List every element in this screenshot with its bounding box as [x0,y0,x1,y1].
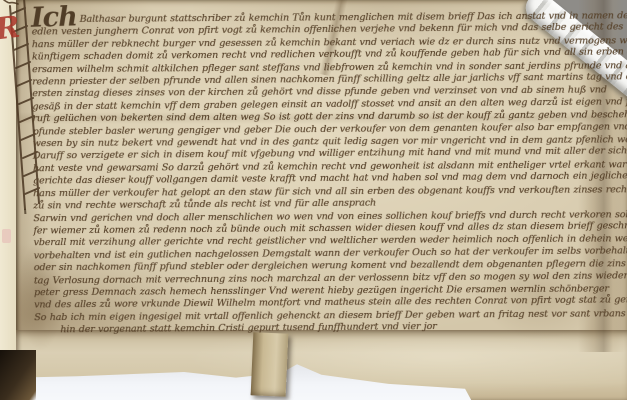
pink-scrap [2,229,11,243]
parchment-left-edge-line [25,209,26,214]
bottom-left-shadow [0,350,36,400]
parchment-seal-tag [251,332,289,396]
text-block: Balthasar burgunt stattschriber zů kemch… [32,9,610,337]
charter-photograph: R Ich Balthasar burgunt stattschriber zů… [0,0,627,400]
